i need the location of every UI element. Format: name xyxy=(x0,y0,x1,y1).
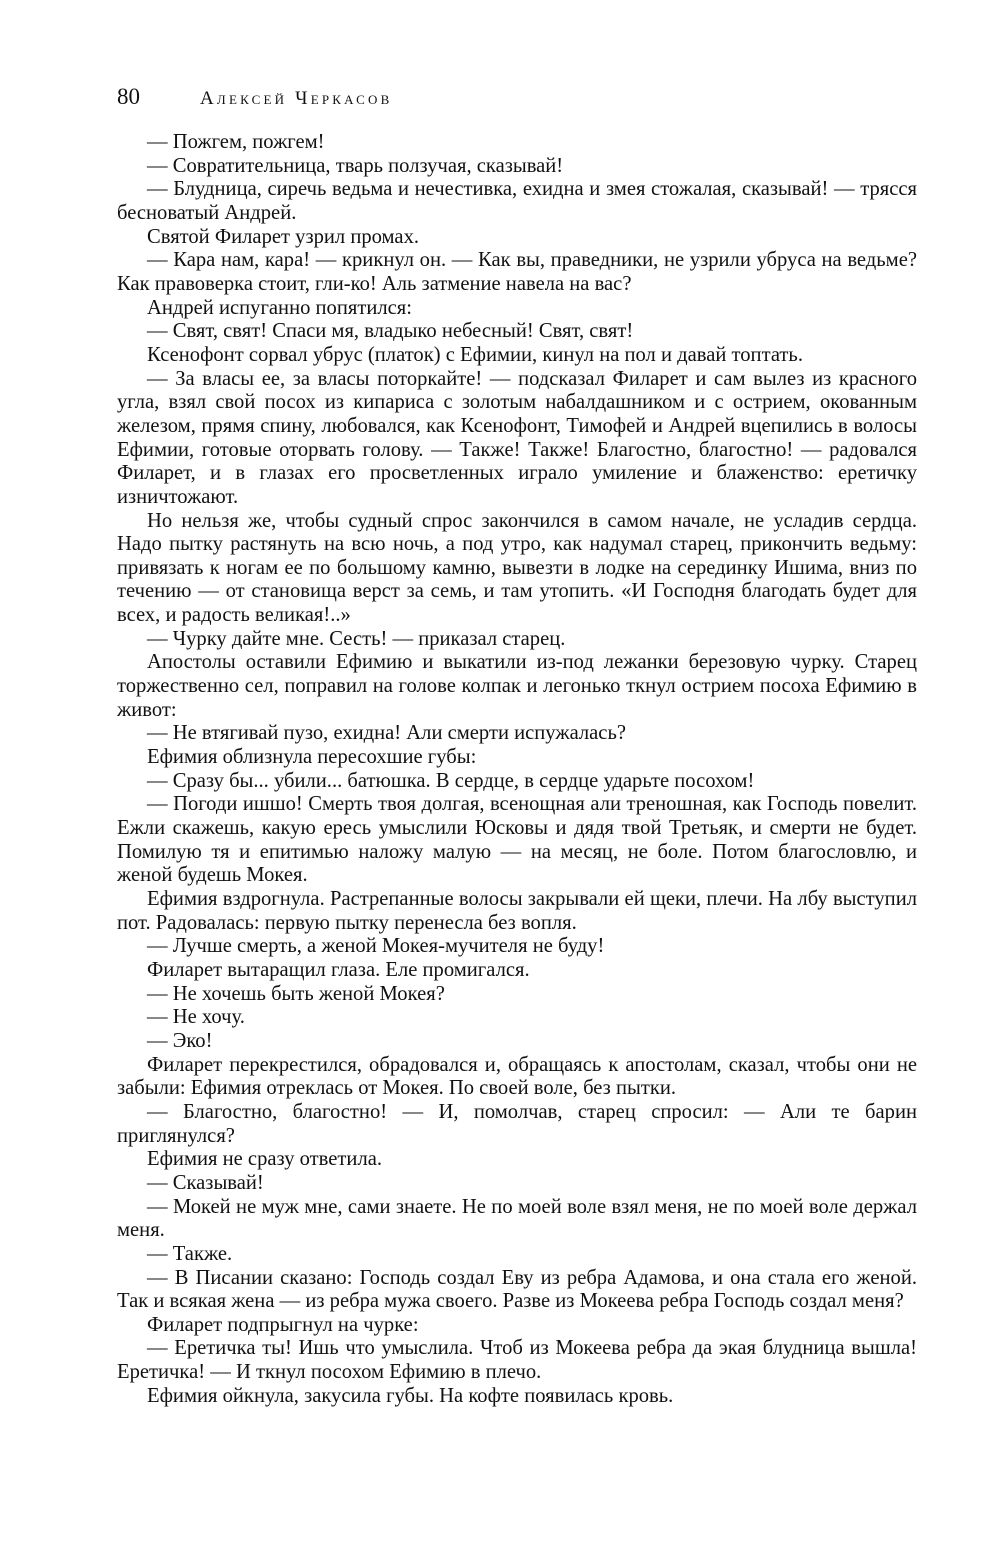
paragraph: Апостолы оставили Ефимию и выкатили из-п… xyxy=(117,651,917,722)
page-number: 80 xyxy=(117,84,200,110)
body-text: — Пожгем, пожгем! — Совратительница, тва… xyxy=(117,131,917,1408)
paragraph: Филарет подпрыгнул на чурке: xyxy=(117,1314,917,1338)
paragraph: — Сразу бы... убили... батюшка. В сердце… xyxy=(117,770,917,794)
paragraph: Ефимия не сразу ответила. xyxy=(117,1148,917,1172)
paragraph: — Не хочешь быть женой Мокея? xyxy=(117,983,917,1007)
paragraph: — Лучше смерть, а женой Мокея-мучителя н… xyxy=(117,935,917,959)
book-page: 80 Алексей Черкасов — Пожгем, пожгем! — … xyxy=(117,84,917,1408)
paragraph: — Эко! xyxy=(117,1030,917,1054)
paragraph: Ксенофонт сорвал убрус (платок) с Ефимии… xyxy=(117,344,917,368)
paragraph: — Пожгем, пожгем! xyxy=(117,131,917,155)
paragraph: — В Писании сказано: Господь создал Еву … xyxy=(117,1267,917,1314)
paragraph: — Блудница, сиречь ведьма и нечестивка, … xyxy=(117,178,917,225)
paragraph: — Не втягивай пузо, ехидна! Али смерти и… xyxy=(117,722,917,746)
paragraph: Святой Филарет узрил промах. xyxy=(117,226,917,250)
paragraph: Но нельзя же, чтобы судный спрос закончи… xyxy=(117,510,917,628)
paragraph: — Свят, свят! Спаси мя, владыко небесный… xyxy=(117,320,917,344)
paragraph: Филарет вытаращил глаза. Еле промигался. xyxy=(117,959,917,983)
author-name: Алексей Черкасов xyxy=(200,88,392,110)
running-head: 80 Алексей Черкасов xyxy=(117,84,917,114)
paragraph: — Мокей не муж мне, сами знаете. Не по м… xyxy=(117,1196,917,1243)
paragraph: — Сказывай! xyxy=(117,1172,917,1196)
paragraph: Филарет перекрестился, обрадовался и, об… xyxy=(117,1054,917,1101)
paragraph: — Совратительница, тварь ползучая, сказы… xyxy=(117,155,917,179)
paragraph: Андрей испуганно попятился: xyxy=(117,297,917,321)
paragraph: — Не хочу. xyxy=(117,1006,917,1030)
paragraph: — Кара нам, кара! — крикнул он. — Как вы… xyxy=(117,249,917,296)
paragraph: Ефимия ойкнула, закусила губы. На кофте … xyxy=(117,1385,917,1409)
paragraph: — Благостно, благостно! — И, помолчав, с… xyxy=(117,1101,917,1148)
paragraph: — Еретичка ты! Ишь что умыслила. Чтоб из… xyxy=(117,1337,917,1384)
paragraph: — Также. xyxy=(117,1243,917,1267)
paragraph: Ефимия облизнула пересохшие губы: xyxy=(117,746,917,770)
paragraph: — За власы ее, за власы поторкайте! — по… xyxy=(117,368,917,510)
paragraph: — Чурку дайте мне. Сесть! — приказал ста… xyxy=(117,628,917,652)
paragraph: — Погоди ишшо! Смерть твоя долгая, всено… xyxy=(117,793,917,888)
paragraph: Ефимия вздрогнула. Растрепанные волосы з… xyxy=(117,888,917,935)
